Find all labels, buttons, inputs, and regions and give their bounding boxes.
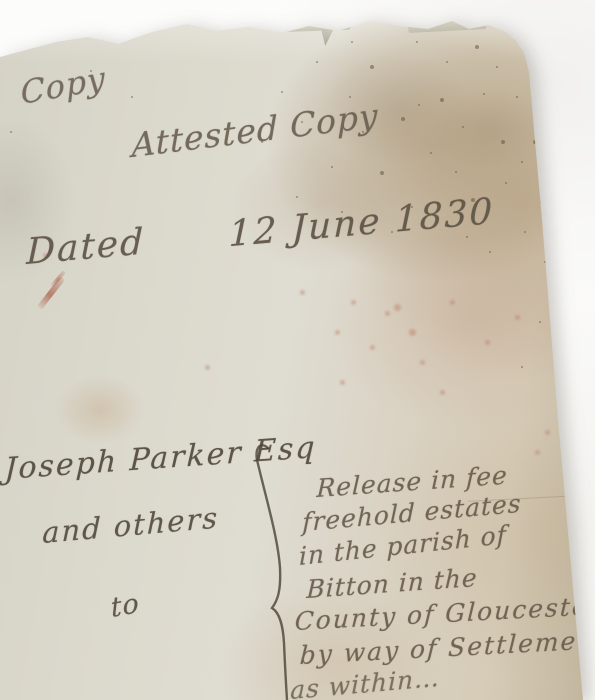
party-to: to — [110, 588, 141, 624]
speckle-layer — [0, 0, 2, 2]
document-photo: Copy Attested Copy Dated12 June 1830 Jos… — [0, 0, 595, 700]
foxing-spots-layer — [0, 0, 3, 3]
date-gap — [145, 246, 229, 253]
ink-brace — [252, 438, 302, 700]
ink-brace-path — [257, 445, 287, 700]
paper-sheet-wrapper: Copy Attested Copy Dated12 June 1830 Jos… — [0, 0, 595, 700]
paper-sheet: Copy Attested Copy Dated12 June 1830 Jos… — [0, 0, 595, 700]
